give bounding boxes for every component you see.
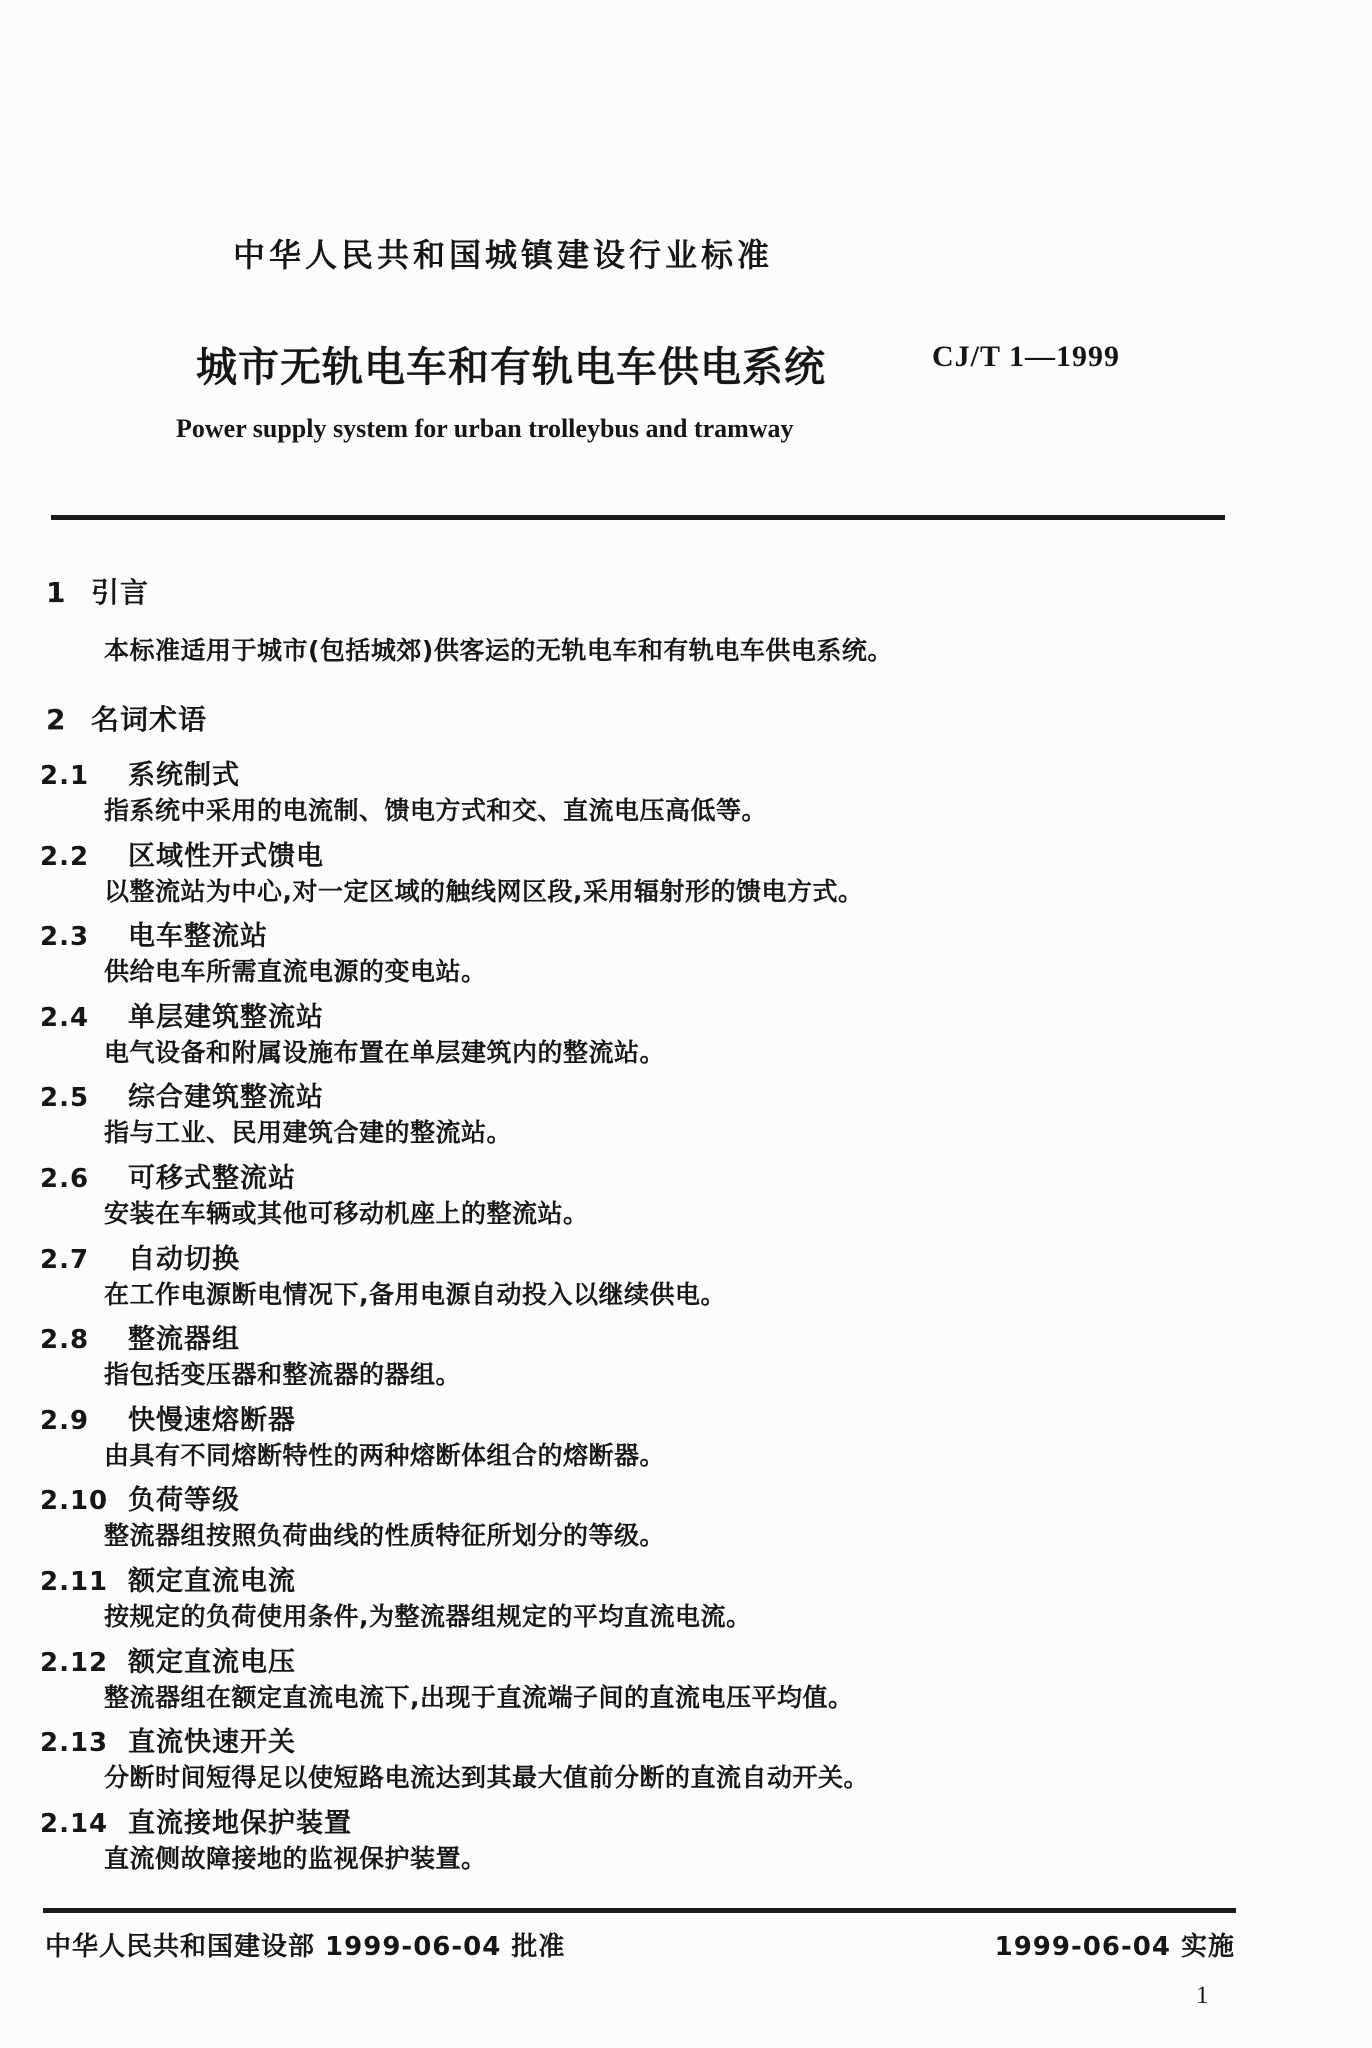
term-number: 2.3 — [40, 922, 128, 952]
term-number: 2.10 — [40, 1486, 128, 1516]
term-name: 单层建筑整流站 — [128, 1002, 324, 1033]
term-number: 2.8 — [40, 1325, 128, 1355]
term-item: 2.4单层建筑整流站 电气设备和附属设施布置在单层建筑内的整流站。 — [40, 995, 1290, 1076]
footer-implementation-text: 1999-06-04 实施 — [995, 1926, 1235, 1963]
term-heading: 2.5综合建筑整流站 — [40, 1075, 324, 1114]
term-definition: 按规定的负荷使用条件,为整流器组规定的平均直流电流。 — [104, 1597, 752, 1633]
term-item: 2.9快慢速熔断器 由具有不同熔断特性的两种熔断体组合的熔断器。 — [40, 1398, 1290, 1479]
term-number: 2.11 — [40, 1567, 128, 1597]
term-heading: 2.14直流接地保护装置 — [40, 1801, 352, 1840]
document-page: 中华人民共和国城镇建设行业标准 城市无轨电车和有轨电车供电系统 CJ/T 1—1… — [0, 0, 1372, 2048]
term-heading: 2.11额定直流电流 — [40, 1559, 296, 1598]
term-item: 2.2区域性开式馈电 以整流站为中心,对一定区域的触线网区段,采用辐射形的馈电方… — [40, 834, 1290, 915]
term-heading: 2.12额定直流电压 — [40, 1640, 296, 1679]
section-2-title: 名词术语 — [91, 703, 207, 736]
term-number: 2.9 — [40, 1406, 128, 1436]
term-item: 2.8整流器组 指包括变压器和整流器的器组。 — [40, 1317, 1290, 1398]
standard-code: CJ/T 1—1999 — [932, 340, 1120, 374]
term-definition: 以整流站为中心,对一定区域的触线网区段,采用辐射形的馈电方式。 — [104, 872, 864, 908]
term-item: 2.3电车整流站 供给电车所需直流电源的变电站。 — [40, 914, 1290, 995]
term-name: 额定直流电流 — [128, 1566, 296, 1597]
term-number: 2.6 — [40, 1164, 128, 1194]
term-definition: 供给电车所需直流电源的变电站。 — [104, 952, 487, 988]
footer-divider — [43, 1908, 1236, 1913]
term-number: 2.13 — [40, 1728, 128, 1758]
term-name: 直流快速开关 — [128, 1727, 296, 1758]
term-number: 2.12 — [40, 1648, 128, 1678]
term-name: 可移式整流站 — [128, 1163, 296, 1194]
section-2-number: 2 — [46, 703, 91, 736]
term-definition: 在工作电源断电情况下,备用电源自动投入以继续供电。 — [104, 1275, 726, 1311]
term-number: 2.14 — [40, 1809, 128, 1839]
term-definition: 指系统中采用的电流制、馈电方式和交、直流电压高低等。 — [104, 791, 767, 827]
term-item: 2.13直流快速开关 分断时间短得足以使短路电流达到其最大值前分断的直流自动开关… — [40, 1720, 1290, 1801]
term-name: 额定直流电压 — [128, 1647, 296, 1678]
term-heading: 2.13直流快速开关 — [40, 1720, 296, 1759]
term-definition: 电气设备和附属设施布置在单层建筑内的整流站。 — [104, 1033, 665, 1069]
term-name: 自动切换 — [128, 1244, 240, 1275]
term-definition: 指与工业、民用建筑合建的整流站。 — [104, 1113, 512, 1149]
term-heading: 2.10负荷等级 — [40, 1478, 240, 1517]
term-item: 2.14直流接地保护装置 直流侧故障接地的监视保护装置。 — [40, 1801, 1290, 1882]
page-number: 1 — [1196, 1982, 1209, 2010]
term-item: 2.1系统制式 指系统中采用的电流制、馈电方式和交、直流电压高低等。 — [40, 753, 1290, 834]
header-divider — [51, 515, 1225, 520]
term-name: 负荷等级 — [128, 1485, 240, 1516]
term-definition: 指包括变压器和整流器的器组。 — [104, 1355, 461, 1391]
standard-category-label: 中华人民共和国城镇建设行业标准 — [233, 230, 773, 276]
term-definition: 分断时间短得足以使短路电流达到其最大值前分断的直流自动开关。 — [104, 1758, 869, 1794]
term-item: 2.10负荷等级 整流器组按照负荷曲线的性质特征所划分的等级。 — [40, 1478, 1290, 1559]
term-name: 区域性开式馈电 — [128, 841, 324, 872]
term-item: 2.7自动切换 在工作电源断电情况下,备用电源自动投入以继续供电。 — [40, 1237, 1290, 1318]
term-item: 2.5综合建筑整流站 指与工业、民用建筑合建的整流站。 — [40, 1075, 1290, 1156]
term-heading: 2.3电车整流站 — [40, 914, 268, 953]
term-heading: 2.2区域性开式馈电 — [40, 834, 324, 873]
term-heading: 2.6可移式整流站 — [40, 1156, 296, 1195]
term-definition: 安装在车辆或其他可移动机座上的整流站。 — [104, 1194, 589, 1230]
term-name: 综合建筑整流站 — [128, 1082, 324, 1113]
term-item: 2.12额定直流电压 整流器组在额定直流电流下,出现于直流端子间的直流电压平均值… — [40, 1640, 1290, 1721]
term-heading: 2.7自动切换 — [40, 1237, 240, 1276]
term-name: 系统制式 — [128, 760, 240, 791]
term-name: 快慢速熔断器 — [128, 1405, 296, 1436]
section-1-number: 1 — [46, 576, 91, 609]
term-heading: 2.1系统制式 — [40, 753, 240, 792]
term-definition: 直流侧故障接地的监视保护装置。 — [104, 1839, 487, 1875]
term-number: 2.2 — [40, 842, 128, 872]
term-number: 2.4 — [40, 1003, 128, 1033]
section-2-heading: 2名词术语 — [46, 698, 207, 738]
section-1-paragraph: 本标准适用于城市(包括城郊)供客运的无轨电车和有轨电车供电系统。 — [104, 631, 893, 667]
term-number: 2.7 — [40, 1245, 128, 1275]
term-number: 2.1 — [40, 761, 128, 791]
term-item: 2.6可移式整流站 安装在车辆或其他可移动机座上的整流站。 — [40, 1156, 1290, 1237]
term-definition: 整流器组在额定直流电流下,出现于直流端子间的直流电压平均值。 — [104, 1678, 854, 1714]
term-name: 电车整流站 — [128, 921, 268, 952]
term-name: 整流器组 — [128, 1324, 240, 1355]
term-item: 2.11额定直流电流 按规定的负荷使用条件,为整流器组规定的平均直流电流。 — [40, 1559, 1290, 1640]
document-title-zh: 城市无轨电车和有轨电车供电系统 — [196, 334, 826, 393]
term-heading: 2.4单层建筑整流站 — [40, 995, 324, 1034]
term-definition: 由具有不同熔断特性的两种熔断体组合的熔断器。 — [104, 1436, 665, 1472]
term-definition: 整流器组按照负荷曲线的性质特征所划分的等级。 — [104, 1516, 665, 1552]
term-name: 直流接地保护装置 — [128, 1808, 352, 1839]
document-title-en: Power supply system for urban trolleybus… — [176, 414, 794, 444]
footer-approval-text: 中华人民共和国建设部 1999-06-04 批准 — [45, 1926, 565, 1963]
section-1-heading: 1引言 — [46, 571, 149, 611]
term-heading: 2.8整流器组 — [40, 1317, 240, 1356]
section-1-title: 引言 — [91, 576, 149, 609]
term-heading: 2.9快慢速熔断器 — [40, 1398, 296, 1437]
term-number: 2.5 — [40, 1083, 128, 1113]
terms-list: 2.1系统制式 指系统中采用的电流制、馈电方式和交、直流电压高低等。 2.2区域… — [40, 753, 1290, 1881]
